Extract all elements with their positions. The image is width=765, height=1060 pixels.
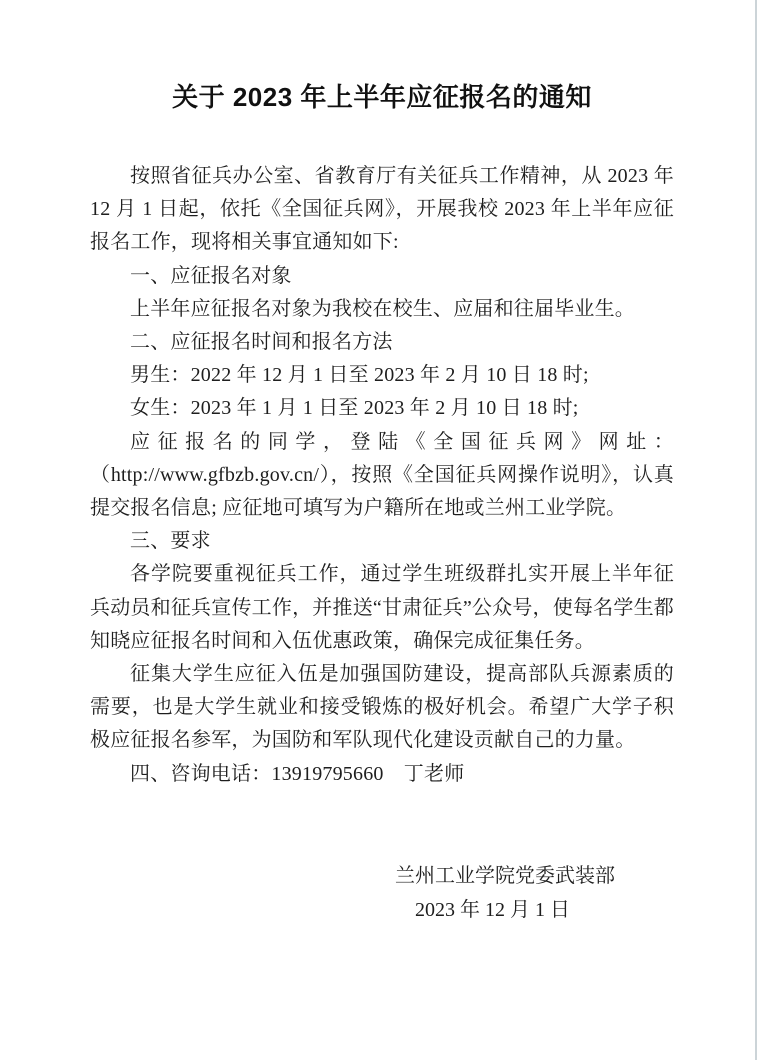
signature-org: 兰州工业学院党委武装部: [90, 859, 674, 893]
section-heading-3: 三、要求: [90, 525, 674, 558]
paragraph-requirement-mobilization: 各学院要重视征兵工作，通过学生班级群扎实开展上半年征兵动员和征兵宣传工作，并推送…: [90, 558, 674, 658]
paragraph-male-deadline: 男生：2022 年 12 月 1 日至 2023 年 2 月 10 日 18 时…: [90, 359, 674, 392]
document-content: 关于 2023 年上半年应征报名的通知 按照省征兵办公室、省教育厅有关征兵工作精…: [90, 0, 674, 927]
paragraph-contact-phone: 四、咨询电话：13919795660 丁老师: [90, 758, 674, 791]
paragraph-section1-body: 上半年应征报名对象为我校在校生、应届和往届毕业生。: [90, 293, 674, 326]
signature-date: 2023 年 12 月 1 日: [90, 893, 674, 927]
section-heading-1: 一、应征报名对象: [90, 260, 674, 293]
paragraph-intro: 按照省征兵办公室、省教育厅有关征兵工作精神，从 2023 年 12 月 1 日起…: [90, 160, 674, 260]
section-heading-2: 二、应征报名时间和报名方法: [90, 326, 674, 359]
paragraph-female-deadline: 女生：2023 年 1 月 1 日至 2023 年 2 月 10 日 18 时;: [90, 392, 674, 425]
paragraph-requirement-significance: 征集大学生应征入伍是加强国防建设，提高部队兵源素质的需要，也是大学生就业和接受锻…: [90, 658, 674, 758]
page-edge-line: [755, 0, 757, 1060]
notice-page: 关于 2023 年上半年应征报名的通知 按照省征兵办公室、省教育厅有关征兵工作精…: [0, 0, 765, 1060]
paragraph-registration-method: 应征报名的同学，登陆《全国征兵网》网址：（http://www.gfbzb.go…: [90, 426, 674, 526]
document-title: 关于 2023 年上半年应征报名的通知: [90, 80, 674, 114]
